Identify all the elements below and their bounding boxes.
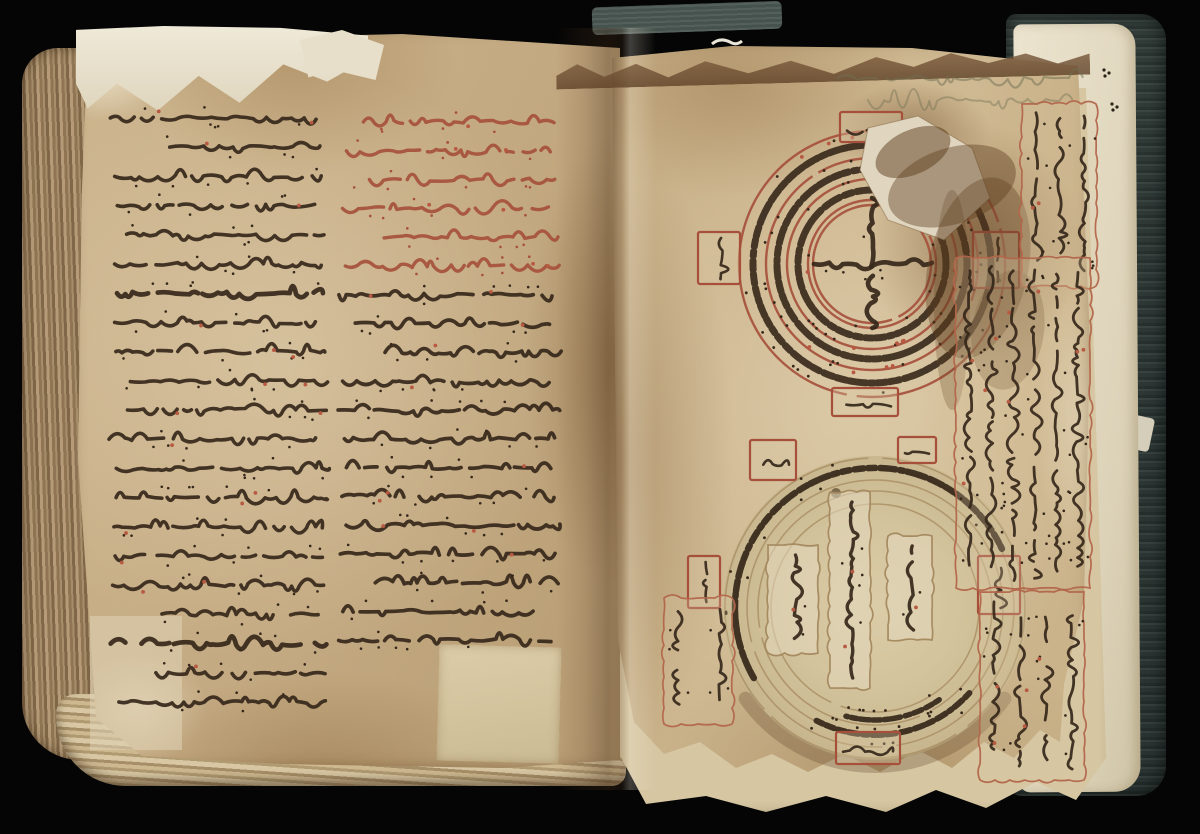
repair-patch [437, 644, 562, 763]
repair-patch-left [90, 616, 182, 750]
ink-stroke [712, 40, 742, 44]
photo-backdrop: 31 [0, 0, 1200, 834]
gutter-shadow [556, 28, 656, 790]
right-page [612, 40, 1090, 798]
